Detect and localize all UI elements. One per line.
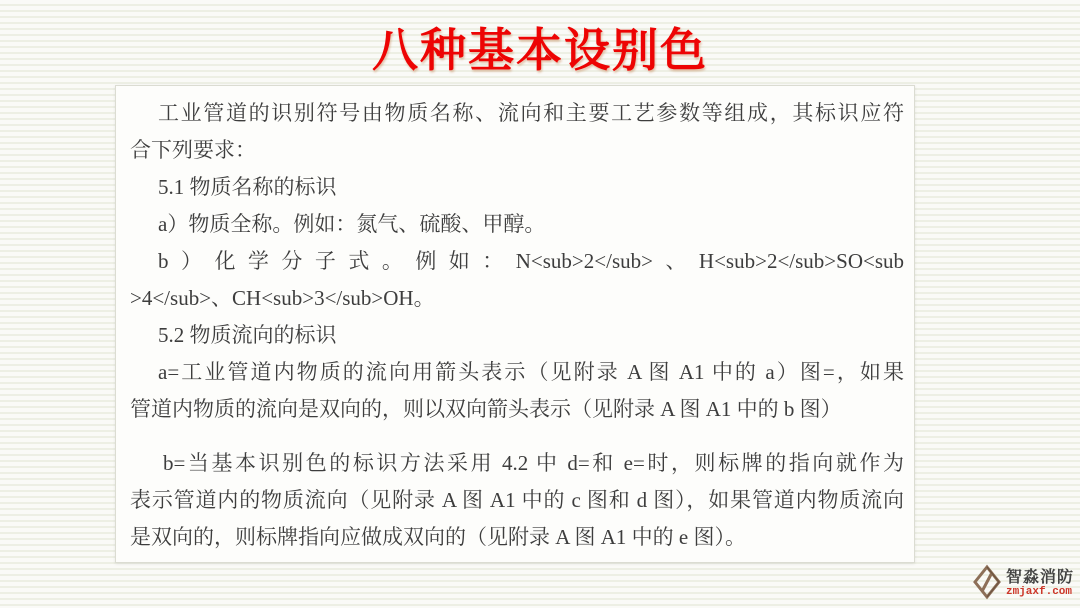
document-line: 合下列要求： xyxy=(130,132,904,169)
slide-title: 八种基本设别色 xyxy=(0,0,1080,80)
document-line: b）化学分子式。例如：N<sub>2</sub>、H<sub>2</sub>SO… xyxy=(130,243,904,280)
document-line: a）物质全称。例如：氮气、硫酸、甲醇。 xyxy=(130,206,904,243)
document-line: 表示管道内的物质流向（见附录 A 图 A1 中的 c 图和 d 图），如果管道内… xyxy=(130,482,904,519)
watermark-text: 智淼消防 zmjaxf.com xyxy=(1006,570,1074,598)
document-line: 5.2 物质流向的标识 xyxy=(130,317,904,354)
slide: 八种基本设别色 工业管道的识别符号由物质名称、流向和主要工艺参数等组成，其标识应… xyxy=(0,0,1080,608)
document-line: b=当基本识别色的标识方法采用 4.2 中 d=和 e=时，则标牌的指向就作为 xyxy=(130,445,904,482)
zhimiao-logo-icon xyxy=(972,564,1002,605)
document-panel: 工业管道的识别符号由物质名称、流向和主要工艺参数等组成，其标识应符 合下列要求：… xyxy=(115,85,915,563)
document-line: 是双向的，则标牌指向应做成双向的（见附录 A 图 A1 中的 e 图）。 xyxy=(130,519,904,556)
document-line: >4</sub>、CH<sub>3</sub>OH。 xyxy=(130,280,904,317)
document-line: 管道内物质的流向是双向的，则以双向箭头表示（见附录 A 图 A1 中的 b 图） xyxy=(130,391,904,428)
watermark-site: zmjaxf.com xyxy=(1006,587,1074,599)
watermark: 智淼消防 zmjaxf.com xyxy=(972,564,1074,605)
document-line: a=工业管道内物质的流向用箭头表示（见附录 A 图 A1 中的 a）图=，如果 xyxy=(130,354,904,391)
document-line: 5.1 物质名称的标识 xyxy=(130,169,904,206)
watermark-brand: 智淼消防 xyxy=(1006,570,1074,587)
document-line: 工业管道的识别符号由物质名称、流向和主要工艺参数等组成，其标识应符 xyxy=(130,95,904,132)
